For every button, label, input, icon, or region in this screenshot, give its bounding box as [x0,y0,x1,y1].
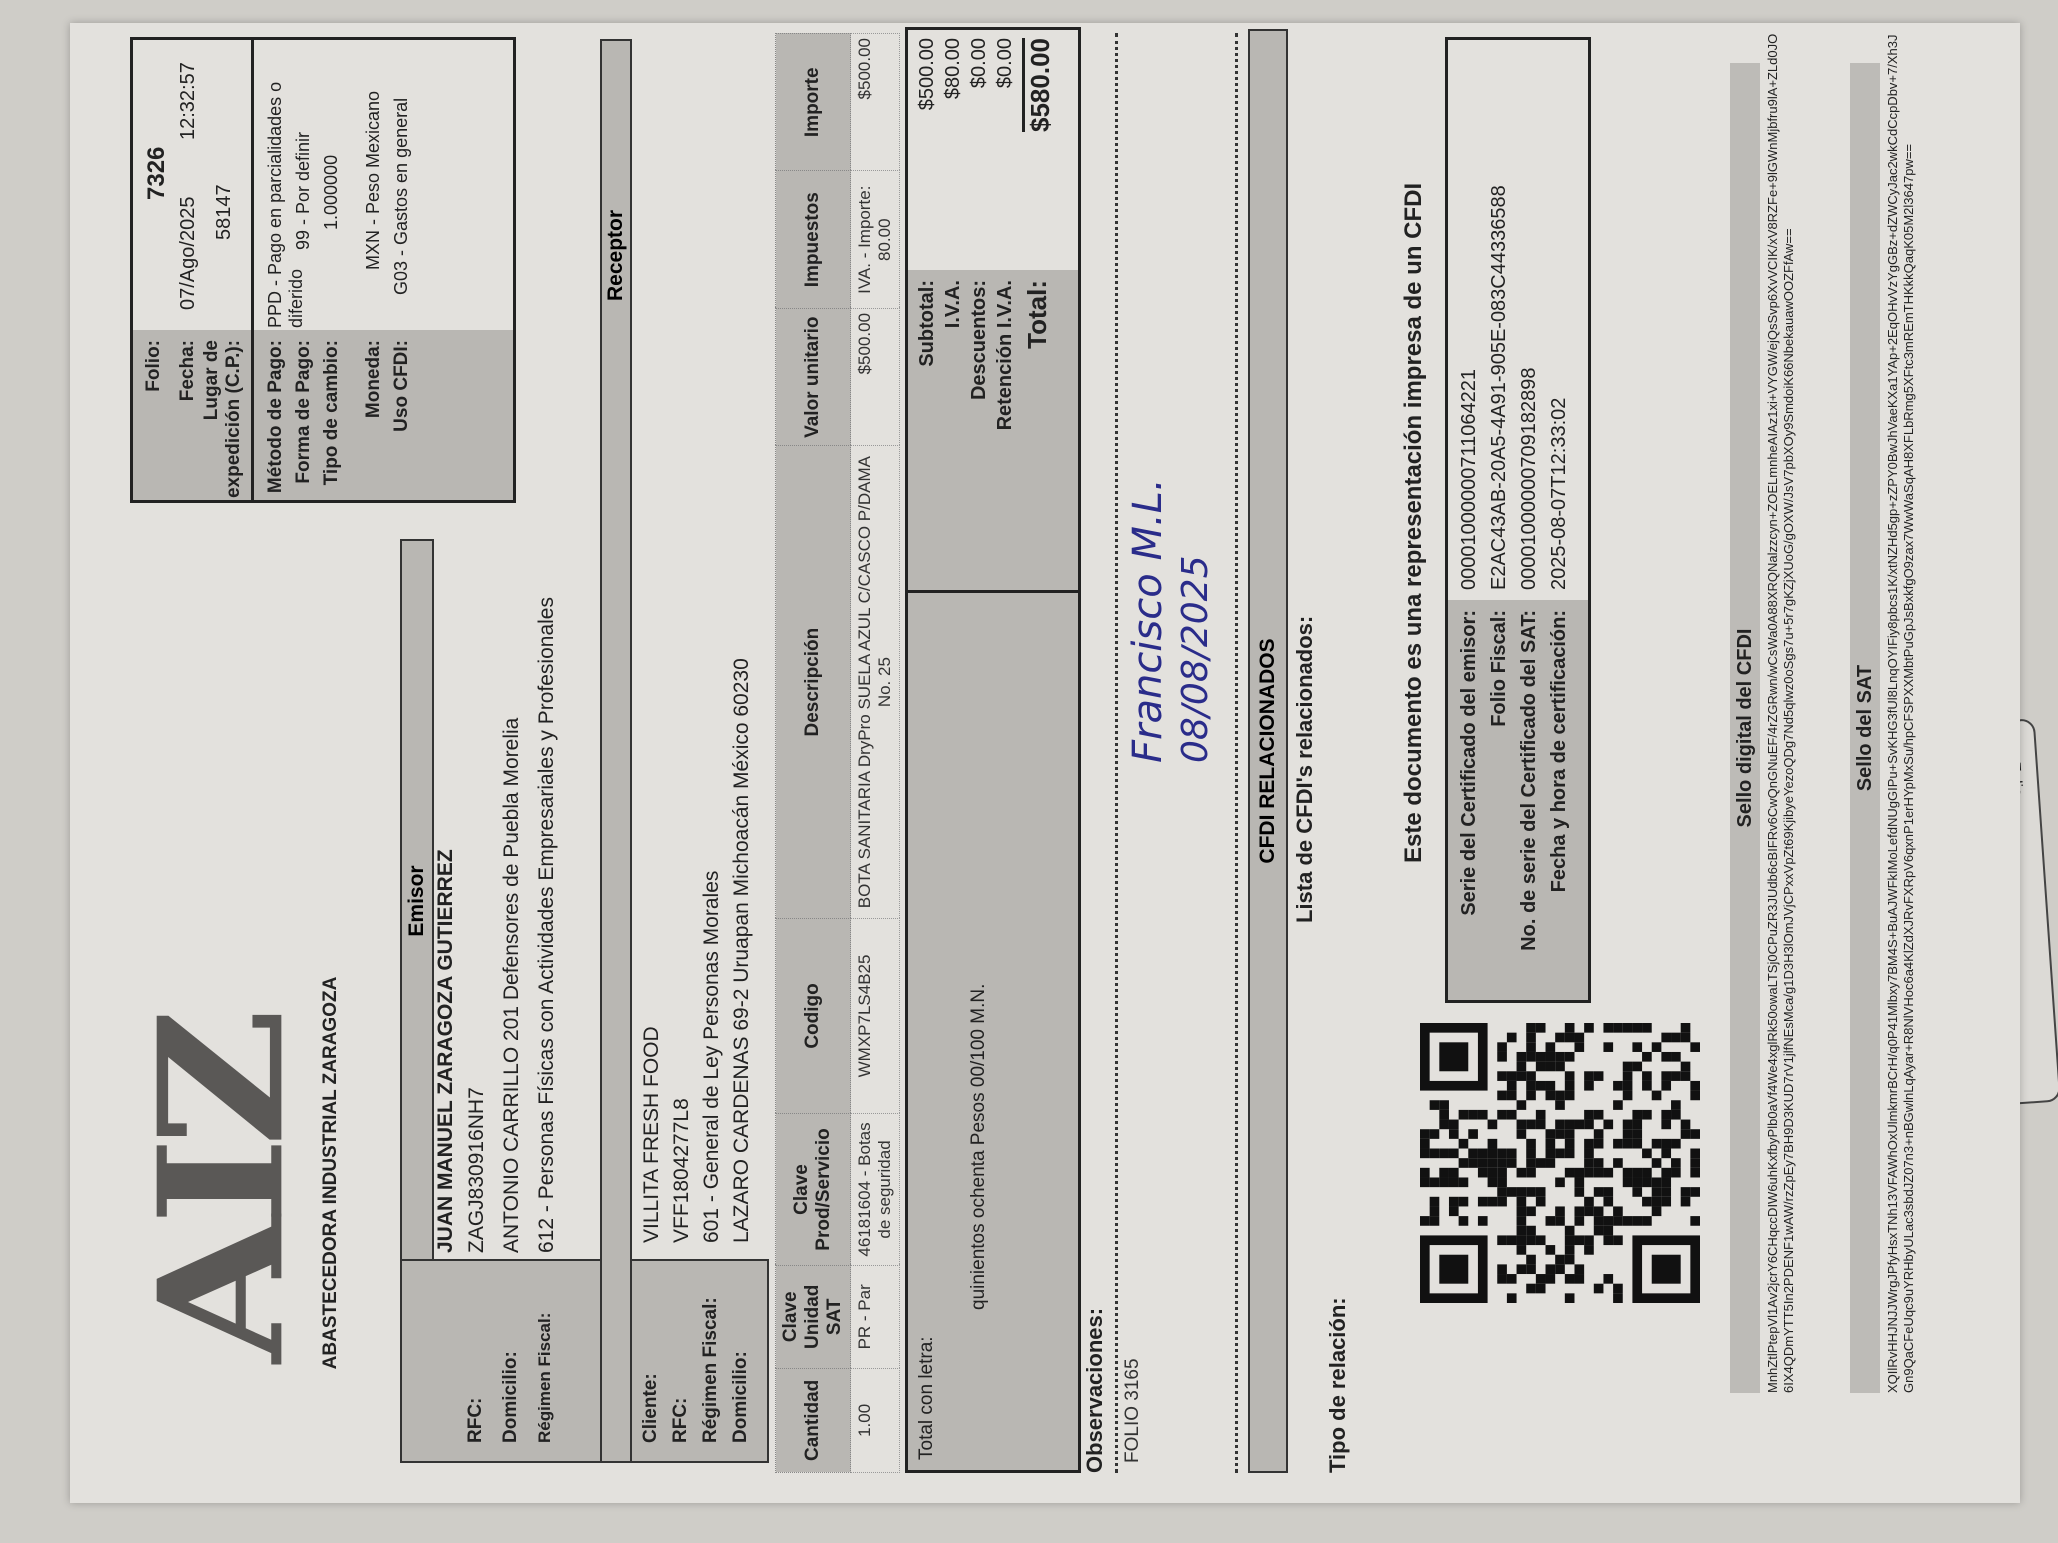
col-cantidad: Cantidad [776,1368,851,1472]
tipo-relacion-label: Tipo de relación: [1325,1297,1351,1473]
col-valor-unitario: Valor unitario [776,308,851,445]
receptor-rfc-label: RFC: [670,1398,692,1443]
folio-box: Folio: Fecha: Lugar de expedición (C.P.)… [130,37,516,503]
folio-label: Folio: [143,340,165,500]
qr-code-icon [1420,1023,1700,1303]
descuentos-label: Descuentos: [968,280,991,590]
serie-sat-value: 00001000000709182898 [1518,368,1541,590]
lugar-value: 58147 [213,184,236,240]
cell-descripcion: BOTA SANITARIA DryPro SUELA AZUL C/CASCO… [851,446,900,918]
total-label: Total: [1022,280,1053,590]
receptor-domicilio: LAZARO CARDENAS 69-2 Uruapan Michoacán M… [730,658,754,1243]
representacion-impresa-note: Este documento es una representación imp… [1400,183,1428,863]
sello-sat-title: Sello del SAT [1854,665,1876,791]
cell-cantidad: 1.00 [851,1368,900,1472]
iva-value: $80.00 [942,38,965,99]
lugar-label: Lugar de expedición (C.P.): [201,340,245,500]
fecha-value: 07/Ago/2025 [177,197,200,310]
col-descripcion: Descripción [776,446,851,918]
certificacion-box: Serie del Certificado del emisor: Folio … [1445,37,1591,1003]
sello-sat-value: XQIlRvHHJNJJWrgJPfyHsxTNh13VFAWhOxUlmkmr… [1885,33,1917,1393]
folio-fiscal-value: E2AC43AB-20A5-4A91-905E-083C44336588 [1488,185,1511,590]
handwritten-date: 08/08/2025 [1175,556,1216,764]
company-name: ABASTECEDORA INDUSTRIAL ZARAGOZA [320,963,342,1383]
cfdi-relacionados-header: CFDI RELACIONADOS [1248,29,1288,1473]
receptor-title: Receptor [602,210,630,301]
subtotal-label: Subtotal: [916,280,939,590]
cfdi-lista-label: Lista de CFDI's relacionados: [1292,616,1318,923]
forma-label: Forma de Pago: [293,340,315,500]
folio-fiscal-label: Folio Fiscal: [1488,610,1511,1000]
fecha-cert-label: Fecha y hora de certificación: [1548,610,1571,1000]
emisor-header: Emisor [400,539,434,1263]
observaciones-divider-bottom [1235,33,1238,1473]
tipo-cambio-label: Tipo de cambio: [321,340,343,500]
sello-cfdi-title: Sello digital del CFDI [1734,629,1756,828]
col-codigo: Codigo [776,918,851,1113]
observaciones-label: Observaciones: [1082,1308,1108,1473]
cell-clave-prod: 46181604 - Botas de seguridad [851,1114,900,1266]
sello-sat-header: Sello del SAT [1850,63,1880,1393]
company-logo: AIZ ABASTECEDORA INDUSTRIAL ZARAGOZA [110,1003,400,1383]
cfdi-relacionados-title: CFDI RELACIONADOS [1256,638,1279,863]
table-row: 1.00 PR - Par 46181604 - Botas de seguri… [851,34,900,1473]
fecha-label: Fecha: [177,340,199,500]
invoice-document-rotated: AIZ ABASTECEDORA INDUSTRIAL ZARAGOZA Fol… [0,0,2058,1543]
emisor-rfc-label: RFC: [465,1398,487,1443]
emisor-rfc: ZAGJ830916NH7 [465,1087,489,1253]
observaciones-divider-top [1115,33,1118,1473]
cliente-name: VILLITA FRESH FOOD [640,1026,664,1243]
col-importe: Importe [776,34,851,172]
cell-impuestos: IVA. - Importe: 80.00 [851,171,900,308]
handwritten-name: Francisco M.L. [1125,478,1171,763]
serie-emisor-value: 00001000000711064221 [1458,369,1481,590]
emisor-domicilio-label: Domicilio: [500,1351,522,1443]
emisor-regimen-label: Régimen Fiscal: [535,1313,555,1443]
sello-cfdi-value: MnhZtlPtepVl1Av2jcrY6CHqccDIW6uhKxfbyPlb… [1765,33,1797,1393]
receptor-regimen: 601 - General de Ley Personas Morales [700,871,724,1243]
cell-importe: $500.00 [851,34,900,172]
retencion-label: Retención I.V.A. [994,280,1017,590]
receptor-header: Receptor [600,39,632,1463]
emisor-name: JUAN MANUEL ZARAGOZA GUTIERREZ [434,849,458,1253]
col-impuestos: Impuestos [776,171,851,308]
total-letra-box: Total con letra: quinientos ochenta Peso… [905,587,1081,1473]
moneda-label: Moneda: [363,340,385,500]
cell-codigo: WMXP7LS4B25 [851,918,900,1113]
emisor-title: Emisor [402,541,432,1261]
receptor-regimen-label: Régimen Fiscal: [700,1297,722,1443]
iva-label: I.V.A. [942,280,965,590]
forma-value: 99 - Por definir [293,132,314,250]
receptor-rfc: VFF1804277L8 [670,1098,694,1243]
cell-valor-unitario: $500.00 [851,308,900,445]
serie-sat-label: No. de serie del Certificado del SAT: [1518,610,1541,1000]
uso-cfdi-label: Uso CFDI: [391,340,413,500]
items-header-row: Cantidad Clave Unidad SAT Clave Prod/Ser… [776,34,851,1473]
total-value: $580.00 [1022,38,1056,132]
totals-box: Subtotal: I.V.A. Descuentos: Retención I… [905,27,1081,593]
emisor-domicilio: ANTONIO CARRILLO 201 Defensores de Puebl… [500,718,524,1253]
uso-cfdi-value: G03 - Gastos en general [391,98,412,295]
fecha-cert-value: 2025-08-07T12:33:02 [1548,398,1571,590]
metodo-label: Método de Pago: [265,340,287,500]
receptor-domicilio-label: Domicilio: [730,1351,752,1443]
cell-clave-unidad: PR - Par [851,1265,900,1368]
tipo-cambio-value: 1.000000 [321,155,342,230]
moneda-value: MXN - Peso Mexicano [363,91,384,270]
col-clave-prod: Clave Prod/Servicio [776,1114,851,1266]
total-letra-label: Total con letra: [916,1336,938,1460]
cliente-label: Cliente: [640,1373,662,1443]
invoice-page: AIZ ABASTECEDORA INDUSTRIAL ZARAGOZA Fol… [70,23,2020,1503]
hora-value: 12:32:57 [177,62,200,140]
folio-divider [251,40,254,500]
emisor-regimen: 612 - Personas Físicas con Actividades E… [535,513,559,1253]
sello-cfdi-header: Sello digital del CFDI [1730,63,1760,1393]
descuentos-value: $0.00 [968,38,991,88]
serie-emisor-label: Serie del Certificado del emisor: [1458,610,1481,1000]
col-clave-unidad: Clave Unidad SAT [776,1265,851,1368]
observaciones-folio-note: FOLIO 3165 [1122,1358,1144,1463]
logo-mark: AIZ [121,1018,322,1363]
retencion-value: $0.00 [994,38,1017,88]
folio-value: 7326 [143,147,171,200]
subtotal-value: $500.00 [916,38,939,110]
items-table: Cantidad Clave Unidad SAT Clave Prod/Ser… [775,33,900,1473]
total-letra-value: quinientos ochenta Pesos 00/100 M.N. [968,984,990,1310]
